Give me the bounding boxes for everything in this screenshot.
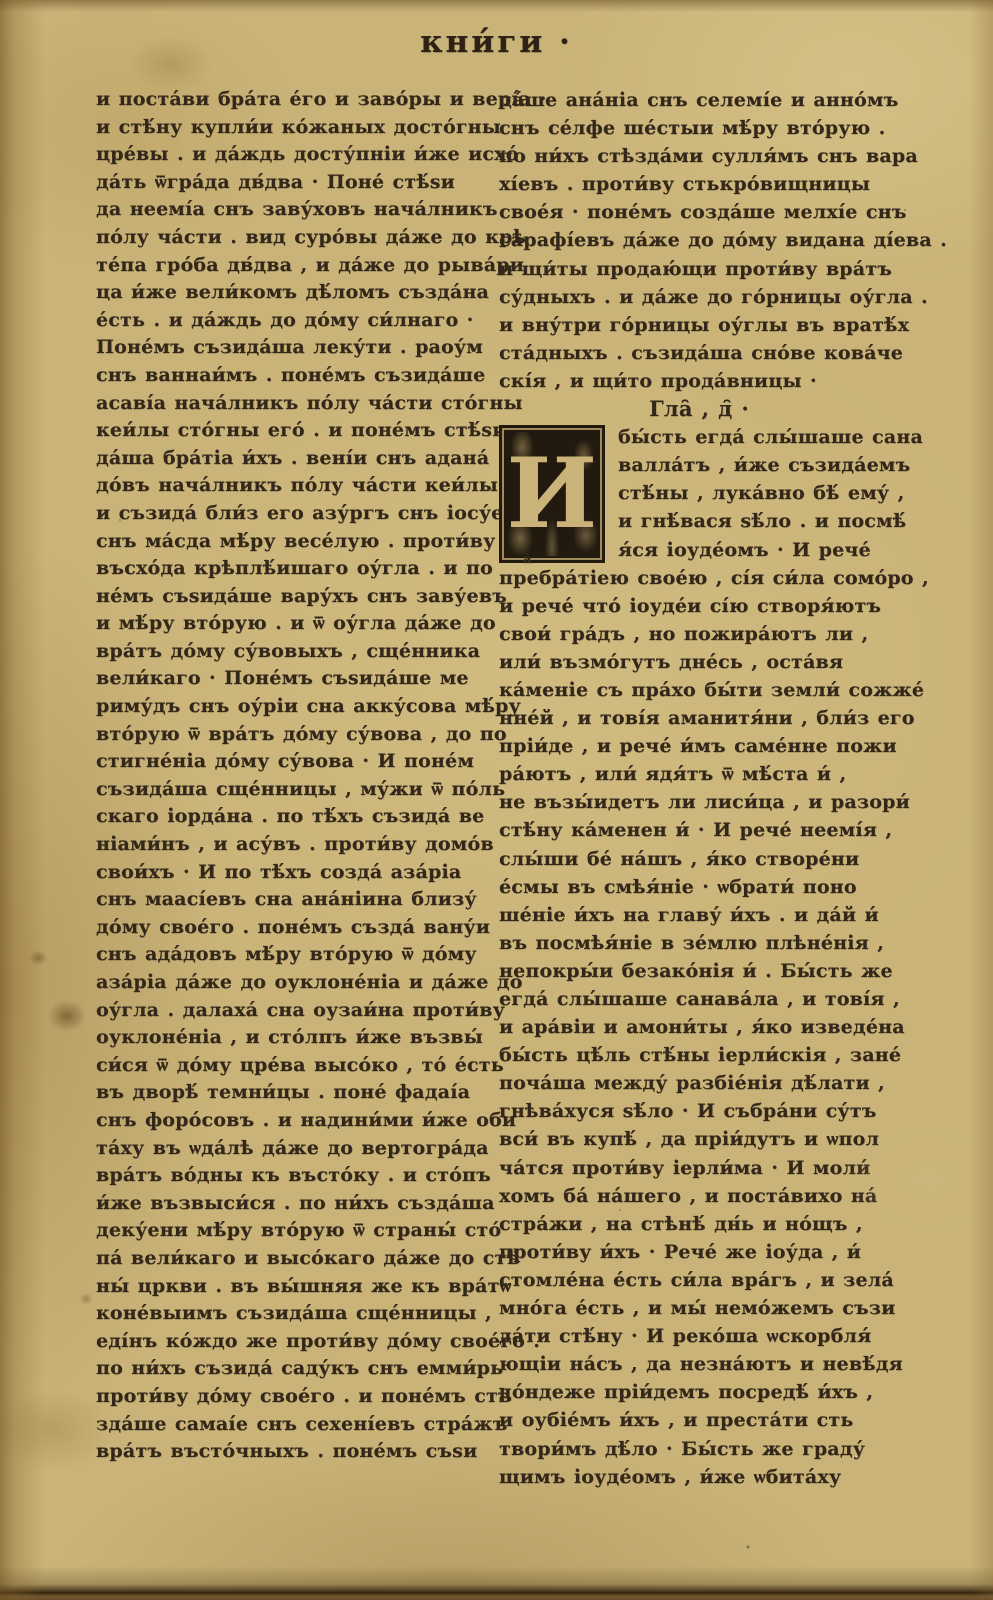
text-line: по ни́хъ стѣзда́ми сулля́мъ снъ вара bbox=[499, 142, 899, 170]
text-line: въ дворѣ́ темни́цы . поне́ фадаі́а bbox=[96, 1079, 490, 1107]
text-line: непокры́и безако́нія и́ . Бы́сть же bbox=[499, 957, 899, 985]
text-line: скі́я , и щи́то прода́вницы · bbox=[499, 367, 899, 395]
text-line: ча́тся проти́ву іерли́ма · И моли́ bbox=[499, 1154, 899, 1182]
text-line: оу́гла . далаха́ сна оузаи́на проти́ву bbox=[96, 997, 490, 1025]
text-line: и стѣ́ну купли́и ко́жаных досто́гны bbox=[96, 114, 490, 142]
text-line: и рече́ что́ іоуде́и сі́ю створя́ютъ bbox=[499, 592, 899, 620]
text-line: оуклоне́ніа , и сто́лпъ и́же възвы́ bbox=[96, 1024, 490, 1052]
text-line: и щи́ты продаю́щи проти́ву вра́тъ bbox=[499, 255, 899, 283]
text-line: деку́ени мѣ́ру вто́рую ѿ страны́ сто́ bbox=[96, 1217, 490, 1245]
text-line: ка́меніе съ пра́хо бы́ти земли́ сожже́ bbox=[499, 676, 899, 704]
text-line: стомле́на е́сть си́ла вра́гъ , и зела́ bbox=[499, 1266, 899, 1294]
text-line: щимъ іоуде́омъ , и́же ѡбита́ху bbox=[499, 1463, 899, 1491]
text-line: слы́ши бе́ на́шъ , я́ко створе́ни bbox=[499, 845, 899, 873]
text-line: стѣ́ну ка́менен и́ · И рече́ неемі́я , bbox=[499, 816, 899, 844]
text-line: съзида́ша сще́нницы , му́жи ѿ по́ль bbox=[96, 776, 490, 804]
text-line: въ посмѣя́ніе в зе́млю плѣне́нія , bbox=[499, 929, 899, 957]
page-bottom-edge bbox=[0, 1584, 993, 1600]
right-text-column: да́ше ана́ніа снъ селемі́е и анно́мъснъ … bbox=[499, 86, 899, 1491]
text-line: и́же възвыси́ся . по ни́хъ създа́ша bbox=[96, 1190, 490, 1218]
text-line: коне́выимъ съзида́ша сще́нницы , bbox=[96, 1300, 490, 1328]
text-line: вра́тъ въсто́чныхъ . поне́мъ съѕи bbox=[96, 1438, 490, 1466]
text-line: сарафі́евъ да́же до до́му видана ді́ева … bbox=[499, 226, 899, 254]
right-column-top-text: да́ше ана́ніа снъ селемі́е и анно́мъснъ … bbox=[499, 86, 899, 395]
text-line: и поста́ви бра́та е́го и заво́ры и вері́… bbox=[96, 86, 490, 114]
text-line: снъ ада́довъ мѣ́ру вто́рую ѿ до́му bbox=[96, 941, 490, 969]
text-line: въсхо́да крѣплѣ́ишаго оу́гла . и по bbox=[96, 555, 490, 583]
text-line: свои́ гра́дъ , но пожира́ютъ ли , bbox=[499, 620, 899, 648]
text-line: бы́сть цѣ́ль стѣ́ны іерли́скія , зане́ bbox=[499, 1041, 899, 1069]
text-line: свои́хъ · И по тѣ́хъ созда́ аза́ріа bbox=[96, 859, 490, 887]
chapter-paragraph: И бы́сть егда́ слы́шаше санавалла́тъ , и… bbox=[499, 423, 899, 1491]
text-line: еді́нъ ко́ждо же проти́ву до́му свое́го … bbox=[96, 1328, 490, 1356]
text-line: хі́евъ . проти́ву стькро́вищницы bbox=[499, 170, 899, 198]
text-line: и оубіе́мъ и́хъ , и преста́ти сть bbox=[499, 1406, 899, 1434]
left-text-column: и поста́ви бра́та е́го и заво́ры и вері́… bbox=[96, 86, 490, 1466]
text-line: пребра́тіею свое́ю , сі́я си́ла сомо́ро … bbox=[499, 564, 899, 592]
text-line: егда́ слы́шаше санава́ла , и тові́я , bbox=[499, 985, 899, 1013]
text-line: до́му свое́го . поне́мъ създа́ вану́и bbox=[96, 914, 490, 942]
initial-margin-note: а̑ bbox=[523, 552, 532, 567]
text-line: мно́га е́сть , и мы́ немо́жемъ съзи bbox=[499, 1294, 899, 1322]
book-page-scan: кни́ги · и поста́ви бра́та е́го и заво́р… bbox=[0, 0, 993, 1600]
text-line: стигне́ніа до́му су́вова · И поне́м bbox=[96, 748, 490, 776]
text-line: скаго іорда́на . по тѣ́хъ съзида́ ве bbox=[96, 803, 490, 831]
text-line: да́ше ана́ніа снъ селемі́е и анно́мъ bbox=[499, 86, 899, 114]
text-line: су́дныхъ . и да́же до го́рницы оу́гла . bbox=[499, 283, 899, 311]
text-line: вра́тъ во́дны къ въсто́ку . и сто́пъ bbox=[96, 1162, 490, 1190]
text-line: риму́дъ снъ оу́ріи сна акку́сова мѣ́ру bbox=[96, 693, 490, 721]
text-line: твори́мъ дѣ́ло · Бы́сть же граду́ bbox=[499, 1435, 899, 1463]
text-line: цре́вы . и да́ждь досту́пніи и́же исхо́ bbox=[96, 141, 490, 169]
text-line: вра́тъ до́му су́вовыхъ , сще́нника bbox=[96, 638, 490, 666]
text-line: снъ ваннаи́мъ . поне́мъ съзида́ше bbox=[96, 362, 490, 390]
text-line: вси́ въ купѣ́ , да пріи́дутъ и ѡпол bbox=[499, 1125, 899, 1153]
text-line: зда́ше самаі́е снъ сехені́евъ стра́жъ bbox=[96, 1411, 490, 1439]
text-line: ющіи на́съ , да незна́ютъ и невѣ́дя bbox=[499, 1350, 899, 1378]
text-line: асаві́а нача́лникъ по́лу ча́сти сто́гны bbox=[96, 390, 490, 418]
text-line: да́ша бра́тіа и́хъ . вені́и снъ адана́ bbox=[96, 445, 490, 473]
text-line: и съзида́ бли́з его азу́ргъ снъ іосу́евъ… bbox=[96, 500, 490, 528]
text-line: снъ форо́совъ . и надини́ми и́же оби bbox=[96, 1107, 490, 1135]
text-line: па́ вели́каго и высо́каго да́же до стѣ́ bbox=[96, 1245, 490, 1273]
text-line: ста́дныхъ . съзида́ша сно́ве кова́че bbox=[499, 339, 899, 367]
chapter-heading: Гла̑ , д̑ · bbox=[499, 395, 899, 423]
text-line: по ни́хъ съзида́ саду́къ снъ емми́рь bbox=[96, 1355, 490, 1383]
text-line: ца и́же вели́комъ дѣ́ломъ създа́на bbox=[96, 279, 490, 307]
text-line: вто́рую ѿ вра́тъ до́му су́вова , до по bbox=[96, 721, 490, 749]
text-line: ше́ніе и́хъ на главу́ и́хъ . и да́й и́ bbox=[499, 901, 899, 929]
ornamental-initial-icon: И bbox=[499, 425, 605, 563]
text-line: хомъ ба́ на́шего , и поста́вихо на́ bbox=[499, 1182, 899, 1210]
text-line: ны́ цркви . въ вы́шняя же къ вра́тѡ bbox=[96, 1273, 490, 1301]
text-line: снъ се́лфе ше́стыи мѣ́ру вто́рую . bbox=[499, 114, 899, 142]
text-line: не́мъ съѕида́ше вару́хъ снъ заву́евъ bbox=[96, 583, 490, 611]
text-line: ніами́нъ , и асу́въ . проти́ву домо́в bbox=[96, 831, 490, 859]
right-column-bottom-text: пребра́тіею свое́ю , сі́я си́ла сомо́ро … bbox=[499, 564, 899, 1491]
text-line: поча́ша между́ разбіе́нія дѣ́лати , bbox=[499, 1069, 899, 1097]
text-line: проти́ву и́хъ · Рече́ же іоу́да , и́ bbox=[499, 1238, 899, 1266]
text-line: та́ху въ ѡда́лѣ да́же до вертогра́да bbox=[96, 1135, 490, 1163]
text-line: нне́й , и тові́я аманитя́ни , бли́з его bbox=[499, 704, 899, 732]
text-line: и вну́три го́рницы оу́глы въ вратѣ́х bbox=[499, 311, 899, 339]
text-line: гнѣва́хуся ѕѣ́ло · И събра́ни су́тъ bbox=[499, 1097, 899, 1125]
text-line: и мѣ́ру вто́рую . и ѿ оу́гла да́же до bbox=[96, 610, 490, 638]
text-line: е́сть . и да́ждь до до́му си́лнаго · bbox=[96, 307, 490, 335]
text-line: Поне́мъ съзида́ша леку́ти . раоу́м bbox=[96, 334, 490, 362]
text-line: да неемі́а снъ заву́ховъ нача́лникъ bbox=[96, 196, 490, 224]
text-line: те́па гро́ба дв́два , и да́же до рыва́ри bbox=[96, 252, 490, 280]
text-line: вели́каго · Поне́мъ съѕида́ше ме bbox=[96, 665, 490, 693]
text-line: снъ маасі́евъ сна ана́ніина близу́ bbox=[96, 886, 490, 914]
text-line: е́смы въ смѣя́ніе · ѡбрати́ поно bbox=[499, 873, 899, 901]
text-line: не възы́идетъ ли лиси́ца , и разори́ bbox=[499, 788, 899, 816]
text-line: до́ндеже пріи́демъ посредѣ́ и́хъ , bbox=[499, 1378, 899, 1406]
initial-letter: И bbox=[499, 431, 605, 557]
text-line: да́ти стѣ́ну · И реко́ша ѡскорбля́ bbox=[499, 1322, 899, 1350]
text-line: да́ть ѿгра́да дв́два · Поне́ стѣ́ѕи bbox=[96, 169, 490, 197]
text-line: проти́ву до́му свое́го . и поне́мъ стѣ bbox=[96, 1383, 490, 1411]
text-line: си́ся ѿ до́му цре́ва высо́ко , то́ е́сть bbox=[96, 1052, 490, 1080]
page-title: кни́ги · bbox=[0, 24, 993, 60]
text-line: стра́жи , на стѣнѣ́ дн́ь и но́щъ , bbox=[499, 1210, 899, 1238]
text-line: аза́ріа да́же до оуклоне́ніа и да́же до bbox=[96, 969, 490, 997]
text-line: свое́я · поне́мъ созда́ше мелхі́е снъ bbox=[499, 198, 899, 226]
text-line: по́лу ча́сти . вид суро́вы да́же до крѣ bbox=[96, 224, 490, 252]
text-line: ра́ютъ , или́ ядя́тъ ѿ мѣ́ста и́ , bbox=[499, 760, 899, 788]
text-line: снъ ма́сда мѣ́ру весе́лую . проти́ву bbox=[96, 528, 490, 556]
text-line: пріи́де , и рече́ и́мъ саме́нне пожи bbox=[499, 732, 899, 760]
text-line: и ара́віи и амони́ты , я́ко изведе́на bbox=[499, 1013, 899, 1041]
text-line: или́ възмо́гутъ дне́сь , оста́вя bbox=[499, 648, 899, 676]
text-line: до́въ нача́лникъ по́лу ча́сти кеи́лы . bbox=[96, 472, 490, 500]
text-line: кеи́лы сто́гны его́ . и поне́мъ стѣ́ѕи bbox=[96, 417, 490, 445]
